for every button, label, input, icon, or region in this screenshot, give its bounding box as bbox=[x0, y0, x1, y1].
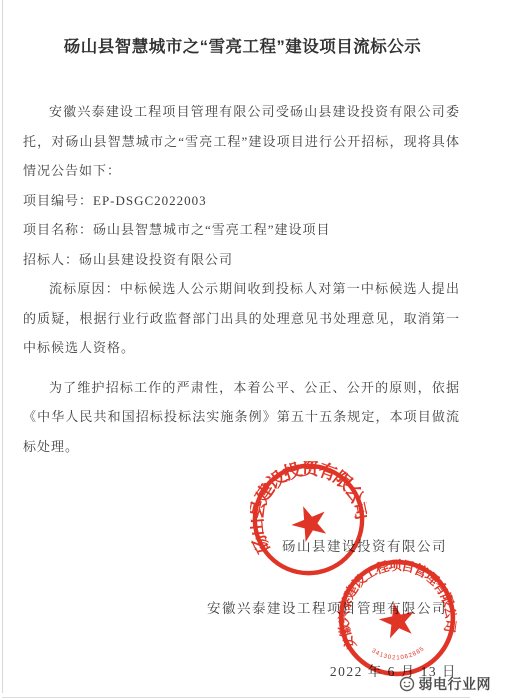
document-body: 安徽兴泰建设工程项目管理有限公司受砀山县建设投资有限公司委托，对砀山县智慧城市之… bbox=[23, 97, 460, 461]
page-edge-bottom bbox=[2, 697, 470, 698]
official-seal-agency: 安徽兴泰建设工程项目管理有限公司 ★ 3413021062885 bbox=[336, 557, 458, 679]
page-title: 砀山县智慧城市之“雪亮工程”建设项目流标公示 bbox=[0, 33, 485, 57]
paragraph-tenderee: 招标人：砀山县建设投资有限公司 bbox=[23, 245, 460, 275]
seal-star-icon: ★ bbox=[372, 591, 424, 651]
page-edge-left bbox=[2, 0, 3, 693]
paragraph-project-number: 项目编号：EP-DSGC2022003 bbox=[23, 186, 460, 216]
paragraph-intro: 安徽兴泰建设工程项目管理有限公司受砀山县建设投资有限公司委托，对砀山县智慧城市之… bbox=[23, 97, 460, 186]
watermark-logo-icon bbox=[399, 676, 415, 692]
site-watermark: 弱电行业网 bbox=[399, 674, 492, 694]
paragraph-failure-reason: 流标原因：中标候选人公示期间收到投标人对第一中标候选人提出的质疑，根据行业行政监… bbox=[23, 274, 460, 363]
seal-star-icon: ★ bbox=[281, 492, 339, 556]
paragraph-conclusion: 为了维护招标工作的严肃性，本着公平、公正、公开的原则，依据《中华人民共和国招标投… bbox=[23, 373, 460, 462]
announcement-page: 砀山县智慧城市之“雪亮工程”建设项目流标公示 安徽兴泰建设工程项目管理有限公司受… bbox=[0, 0, 515, 700]
paragraph-project-name: 项目名称：砀山县智慧城市之“雪亮工程”建设项目 bbox=[23, 215, 460, 245]
watermark-label: 弱电行业网 bbox=[419, 674, 492, 694]
